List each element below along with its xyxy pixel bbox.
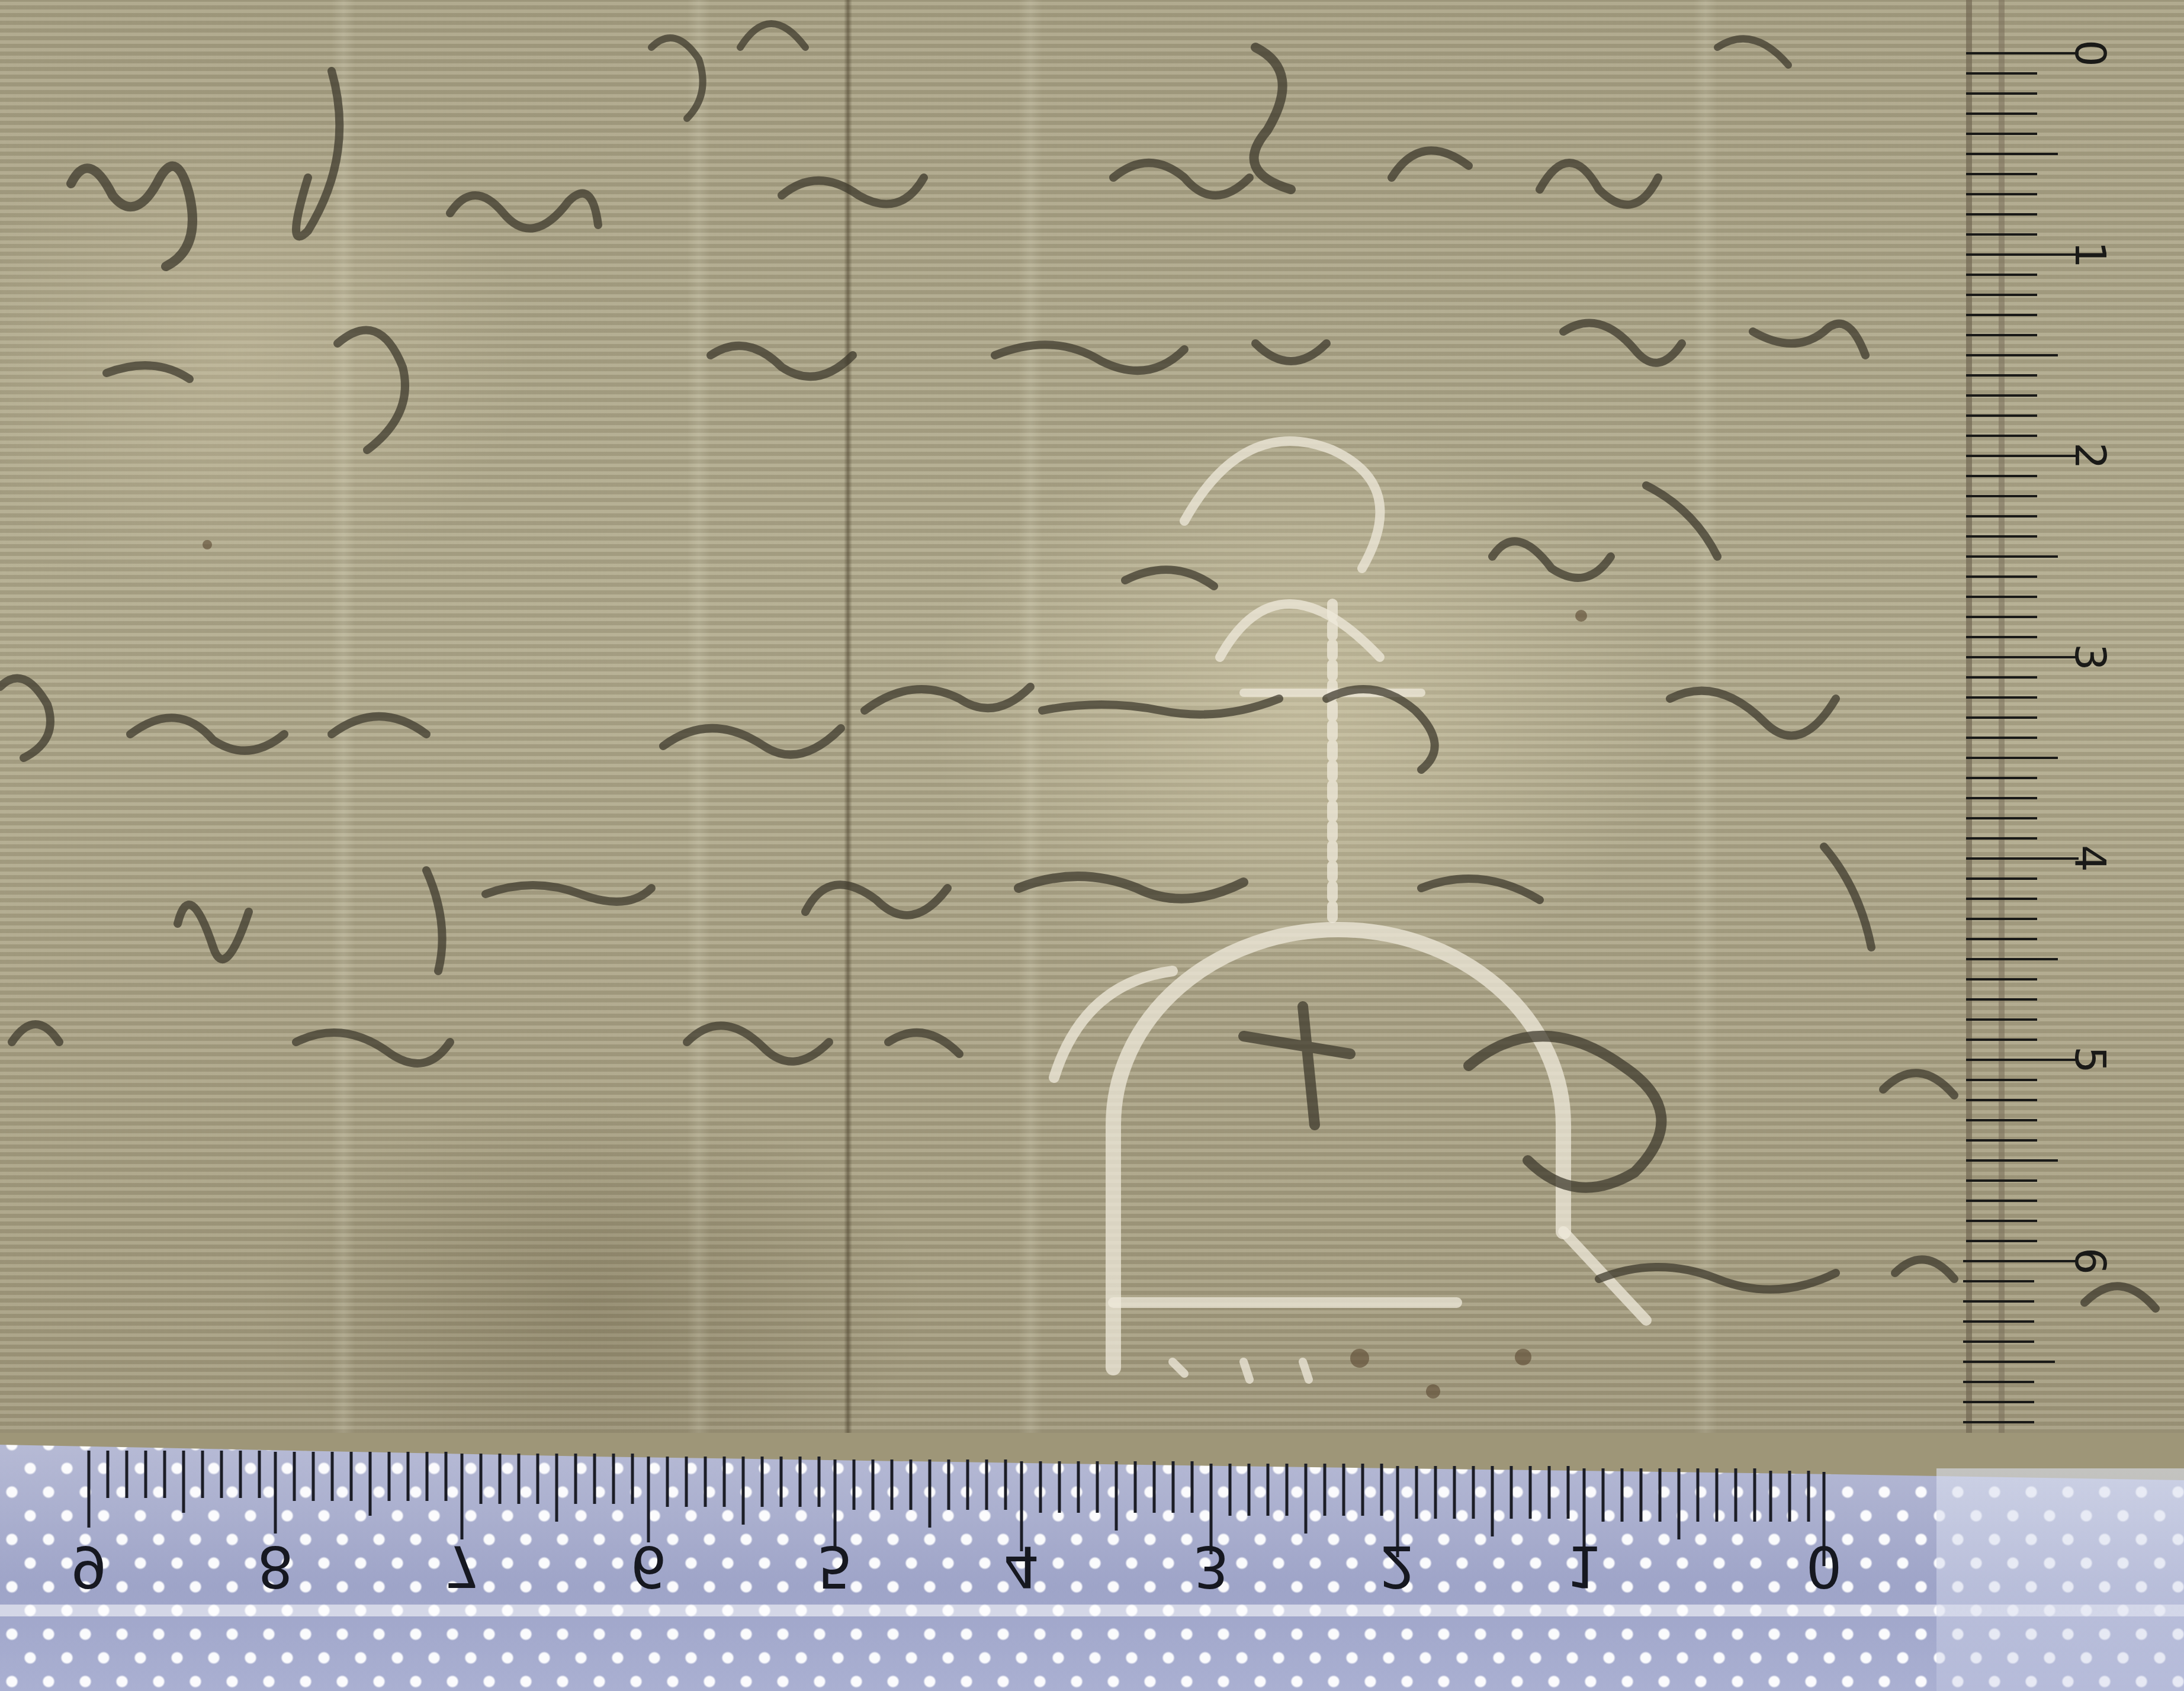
horizontal-ruler-label: 7 <box>438 1534 486 1599</box>
horizontal-ruler: 9 8 7 6 5 4 3 2 1 0 <box>0 1433 2184 1691</box>
horizontal-ruler-label: 3 <box>1187 1534 1235 1599</box>
vertical-ruler-label: 1 <box>2070 222 2111 287</box>
photo-scene: 0 1 2 3 4 5 6 7 8 9 <box>0 0 2184 1691</box>
horizontal-ruler-label: 1 <box>1560 1534 1608 1599</box>
vertical-ruler-label: 4 <box>2070 826 2111 891</box>
vertical-ruler-label: 0 <box>2070 21 2111 86</box>
horizontal-ruler-label: 6 <box>625 1534 672 1599</box>
horizontal-ruler-label: 5 <box>811 1534 859 1599</box>
ruler-reflection-band <box>0 1605 2184 1616</box>
horizontal-ruler-label: 0 <box>1800 1534 1848 1599</box>
ruler-overlap-corner <box>1936 1468 2184 1691</box>
horizontal-ruler-ticks <box>0 1433 2184 1691</box>
vertical-ruler-label: 3 <box>2070 625 2111 690</box>
horizontal-ruler-label: 9 <box>65 1534 113 1599</box>
vertical-ruler-label: 6 <box>2070 1229 2111 1294</box>
vertical-ruler-label: 5 <box>2070 1027 2111 1092</box>
horizontal-ruler-label: 4 <box>998 1534 1045 1599</box>
horizontal-ruler-label: 2 <box>1374 1534 1421 1599</box>
horizontal-ruler-label: 8 <box>252 1534 299 1599</box>
vertical-ruler-label: 2 <box>2070 423 2111 488</box>
